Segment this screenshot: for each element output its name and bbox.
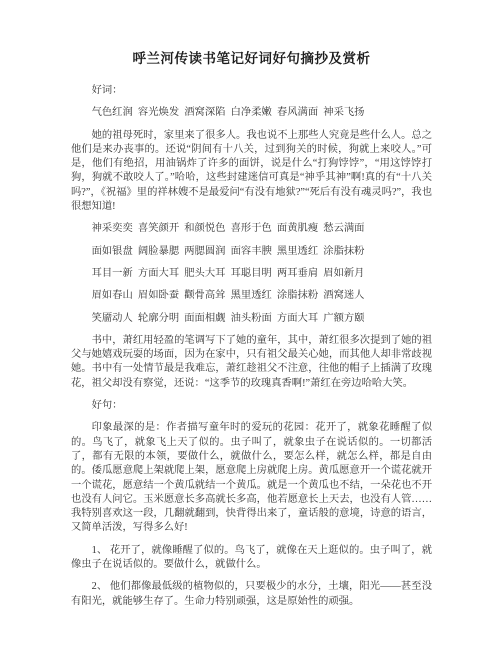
document-page: 呼兰河传读书笔记好词好句摘抄及赏析 好词： 气色红润 容光焕发 酒窝深陷 白净柔… [0, 0, 502, 649]
word-row: 笑靥动人 轮廓分明 面面相觑 油头粉面 方面大耳 广额方颐 [71, 312, 432, 326]
good-words-label: 好词： [71, 84, 432, 98]
doc-title: 呼兰河传读书笔记好词好句摘抄及赏析 [71, 49, 432, 69]
good-sentences-label: 好句： [71, 399, 432, 413]
word-row: 气色红润 容光焕发 酒窝深陷 白净柔嫩 春风满面 神采飞扬 [71, 106, 432, 120]
paragraph-garden-appreciation: 印象最深的是：作者描写童年时的爱玩的花园：花开了，就象花睡醒了似的。鸟飞了，就象… [71, 421, 432, 535]
word-row: 耳目一新 方面大耳 肥头大耳 耳聪目明 两耳垂肩 眉如新月 [71, 267, 432, 281]
word-row: 眉如春山 眉如卧蚕 颧骨高耸 黑里透红 涂脂抹粉 酒窝迷人 [71, 289, 432, 303]
word-row: 神采奕奕 喜笑颜开 和颜悦色 喜形于色 面黄肌瘦 愁云满面 [71, 222, 432, 236]
word-row: 面如银盘 阔脸暴腮 两腮圆润 面容丰腴 黑里透红 涂脂抹粉 [71, 245, 432, 259]
numbered-item: 1、 花开了，就像睡醒了似的。鸟飞了，就像在天上逛似的。虫子叫了，就像虫子在说话… [71, 544, 432, 573]
paragraph-grandmother-story: 她的祖母死时，家里来了很多人。我也说不上那些人究竟是些什么人。总之他们是来办丧事… [71, 129, 432, 215]
paragraph-grandfather-story: 书中，萧红用轻盈的笔调写下了她的童年，其中，萧红很多次提到了她的祖父与她嬉戏玩耍… [71, 334, 432, 391]
numbered-item: 2、 他们都像最低级的植物似的，只要极少的水分，土壤，阳光——甚至没有阳光，就能… [71, 580, 432, 609]
document-content: 呼兰河传读书笔记好词好句摘抄及赏析 好词： 气色红润 容光焕发 酒窝深陷 白净柔… [0, 0, 502, 609]
